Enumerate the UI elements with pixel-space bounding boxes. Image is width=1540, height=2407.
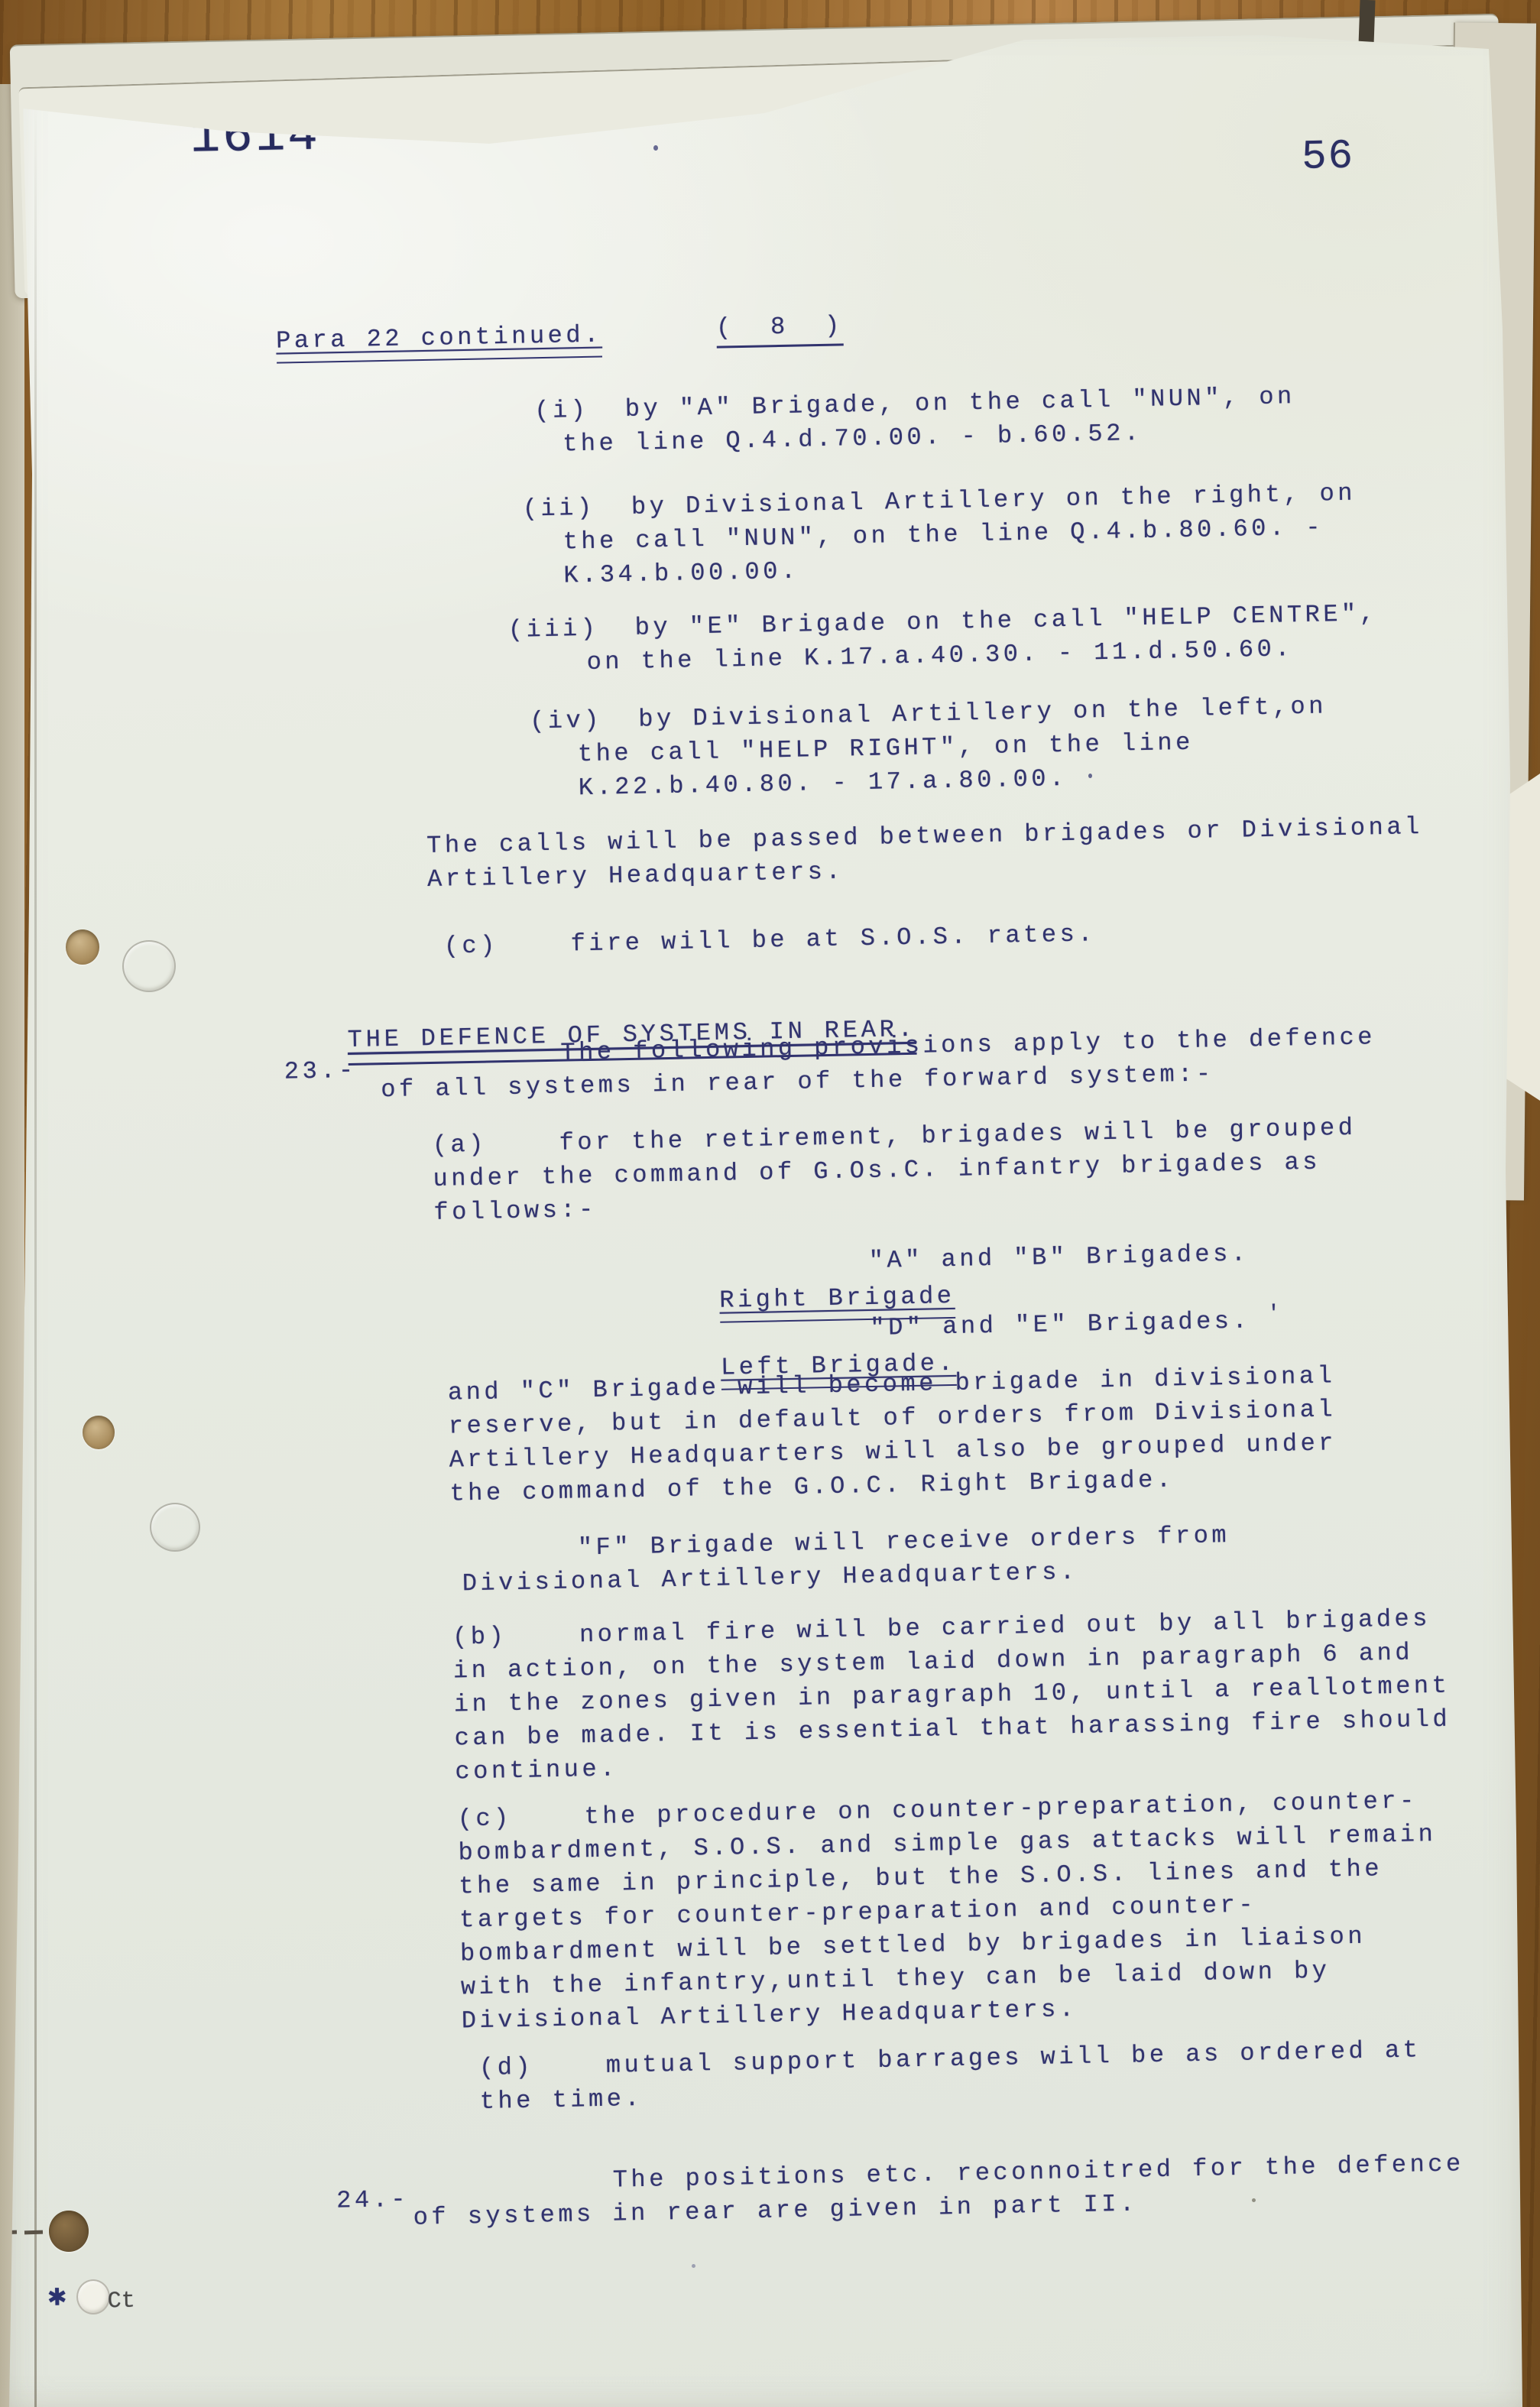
- paragraph-24-number: 24.-: [336, 2183, 410, 2218]
- stray-tick-mark: ': [1267, 1298, 1284, 1332]
- page-number: 56: [1302, 133, 1355, 183]
- continuation-note: Para 22 continued.: [130, 285, 601, 328]
- section-heading: THE DEFENCE OF SYSTEMS IN REAR.: [202, 979, 916, 1027]
- continuation-note-text: Para 22 continued.: [276, 320, 602, 363]
- paragraph-c-brigade: and "C" Brigade will become brigade in d…: [448, 1359, 1338, 1510]
- brigade-right-value: "A" and "B" Brigades.: [868, 1237, 1250, 1278]
- typewritten-text-layer: 1614 56 Para 22 continued. ( 8 ) (i) by …: [0, 0, 1540, 2407]
- document-page: 1614 56 Para 22 continued. ( 8 ) (i) by …: [0, 0, 1540, 2407]
- list-item-iii: (iii) by "E" Brigade on the call "HELP C…: [507, 597, 1378, 681]
- paragraph-24: The positions etc. reconnoitred for the …: [412, 2147, 1464, 2234]
- paragraph-sub-a: (a) for the retirement, brigades will be…: [432, 1111, 1357, 1230]
- scanned-document-scene: 1614 56 Para 22 continued. ( 8 ) (i) by …: [0, 0, 1540, 2407]
- margin-stamp-mark: Ct: [107, 2285, 135, 2319]
- paragraph-sub-c: (c) the procedure on counter-preparation…: [457, 1784, 1440, 2039]
- paragraph-f-brigade: "F" Brigade will receive orders from Div…: [462, 1519, 1231, 1601]
- paragraph-23-number: 23.-: [284, 1054, 357, 1089]
- paragraph-sub-d: (d) mutual support barrages will be as o…: [479, 2033, 1422, 2119]
- list-item-ii: (ii) by Divisional Artillery on the righ…: [522, 477, 1357, 594]
- sheet-number: ( 8 ): [570, 275, 842, 314]
- sheet-number-text: ( 8 ): [716, 311, 844, 348]
- paragraph-sub-b: (b) normal fire will be carried out by a…: [452, 1602, 1452, 1789]
- paragraph-calls: The calls will be passed between brigade…: [426, 810, 1424, 897]
- margin-asterisk-mark: ✱: [47, 2281, 70, 2315]
- list-item-iv: (iv) by Divisional Artillery on the left…: [530, 689, 1328, 806]
- paragraph-fire: (c) fire will be at S.O.S. rates.: [443, 917, 1096, 963]
- brigade-left-value: "D" and "E" Brigades.: [870, 1304, 1251, 1345]
- list-item-i: (i) by "A" Brigade, on the call "NUN", o…: [534, 380, 1296, 462]
